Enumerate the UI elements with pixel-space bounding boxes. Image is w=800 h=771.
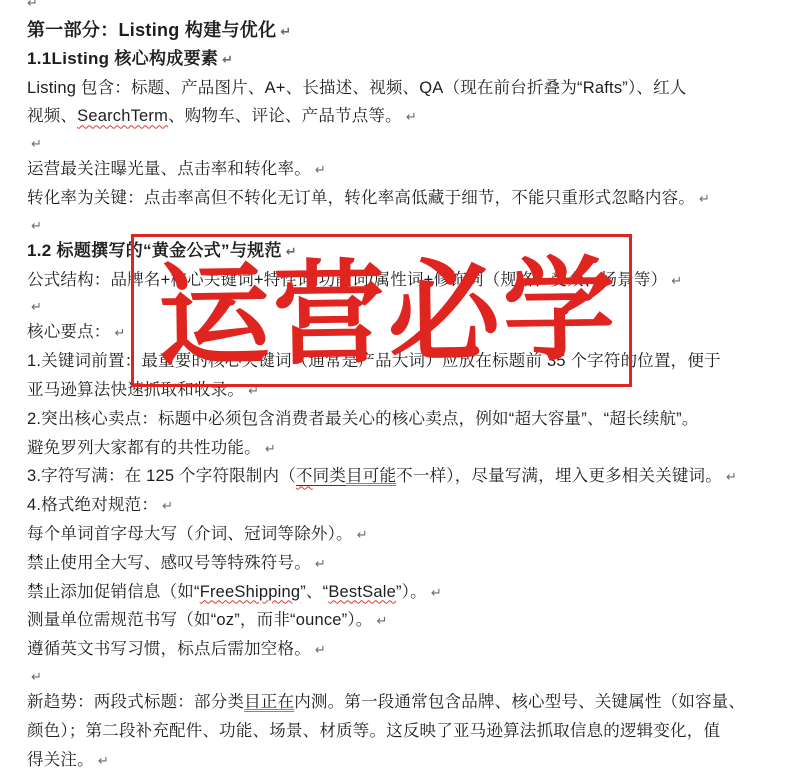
paragraph-mark-icon: ↵ [27, 136, 42, 151]
paragraph-mark-icon: ↵ [261, 441, 276, 456]
paragraph-mark-icon: ↵ [27, 0, 38, 10]
paragraph-mark-icon: ↵ [402, 109, 417, 124]
text-run: 避免罗列大家都有的共性功能。 [27, 439, 261, 457]
text-line: Listing 包含：标题、产品图片、A+、长描述、视频、QA（现在前台折叠为“… [27, 74, 790, 103]
text-line: ↵ [27, 0, 790, 16]
text-run: 遵循英文书写习惯，标点后需加空格。 [27, 640, 311, 658]
text-line: ↵ [27, 664, 790, 688]
text-run: 第一部分：Listing 构建与优化 [27, 20, 276, 40]
text-run: 不一样），尽量写满，埋入更多相关关键词。 [396, 467, 722, 485]
paragraph-mark-icon: ↵ [722, 469, 737, 484]
text-run: 不 [296, 467, 313, 486]
text-run: 1.1Listing 核心构成要素 [27, 49, 218, 68]
text-run: 每个单词首字母大写（介词、冠词等除外）。 [27, 525, 353, 543]
text-line: 1.1Listing 核心构成要素↵ [27, 45, 790, 74]
paragraph-mark-icon: ↵ [27, 669, 42, 684]
text-run: 得关注。 [27, 751, 94, 769]
text-line: ↵ [27, 131, 790, 155]
text-line: 3.字符写满：在 125 个字符限制内（不同类目可能不一样），尽量写满，埋入更多… [27, 462, 790, 491]
text-run: 禁止使用全大写、感叹号等特殊符号。 [27, 554, 311, 572]
text-run: 运营最关注曝光量、点击率和转化率。 [27, 160, 311, 178]
document-screenshot: { "colors": { "background": "#ffffff", "… [0, 0, 800, 771]
text-run: ”）。 [396, 583, 427, 601]
text-run: 内测。第一段通常包含品牌、核心型号、关键属性（如容量、 [294, 693, 745, 711]
text-line: 新趋势：两段式标题：部分类目正在内测。第一段通常包含品牌、核心型号、关键属性（如… [27, 688, 790, 717]
text-line: 4.格式绝对规范：↵ [27, 491, 790, 520]
paragraph-mark-icon: ↵ [353, 527, 368, 542]
text-run: 3.字符写满：在 125 个字符限制内（ [27, 467, 296, 485]
text-line: 第一部分：Listing 构建与优化↵ [27, 16, 790, 45]
text-line: 运营最关注曝光量、点击率和转化率。↵ [27, 155, 790, 184]
paragraph-mark-icon: ↵ [94, 753, 109, 768]
text-run: 新趋势：两段式标题：部分类 [27, 693, 244, 711]
paragraph-mark-icon: ↵ [27, 299, 42, 314]
text-line: 转化率为关键：点击率高但不转化无订单，转化率高低藏于细节，不能只重形式忽略内容。… [27, 184, 790, 213]
text-run: 核心要点： [27, 323, 111, 341]
text-line: 遵循英文书写习惯，标点后需加空格。↵ [27, 635, 790, 664]
text-run: 同类 [313, 467, 346, 486]
paragraph-mark-icon: ↵ [373, 613, 388, 628]
text-line: 视频、SearchTerm、购物车、评论、产品节点等。↵ [27, 102, 790, 131]
paragraph-mark-icon: ↵ [276, 24, 291, 39]
text-run: ”、“ [300, 583, 328, 601]
text-line: 颜色）；第二段补充配件、功能、场景、材质等。这反映了亚马逊算法抓取信息的逻辑变化… [27, 717, 790, 746]
text-run: 2.突出核心卖点：标题中必须包含消费者最关心的核心卖点，例如“超大容量”、“超长… [27, 410, 699, 428]
paragraph-mark-icon: ↵ [158, 498, 173, 513]
paragraph-mark-icon: ↵ [27, 218, 42, 233]
paragraph-mark-icon: ↵ [695, 191, 710, 206]
text-line: 禁止添加促销信息（如“FreeShipping”、“BestSale”）。↵ [27, 578, 790, 607]
paragraph-mark-icon: ↵ [218, 52, 233, 67]
paragraph-mark-icon: ↵ [427, 585, 442, 600]
paragraph-mark-icon: ↵ [311, 556, 326, 571]
text-run: 、购物车、评论、产品节点等。 [168, 107, 402, 125]
text-line: 禁止使用全大写、感叹号等特殊符号。↵ [27, 549, 790, 578]
text-run: BestSale [328, 583, 396, 601]
paragraph-mark-icon: ↵ [111, 325, 126, 340]
text-run: 目正在 [244, 693, 294, 711]
text-run: 目可能 [346, 467, 396, 485]
text-run: 禁止添加促销信息（如“ [27, 583, 200, 601]
text-run: 测量单位需规范书写（如“oz”，而非“ounce”）。 [27, 611, 373, 629]
text-line: 测量单位需规范书写（如“oz”，而非“ounce”）。↵ [27, 606, 790, 635]
text-run: 视频、 [27, 107, 77, 125]
paragraph-mark-icon: ↵ [667, 273, 682, 288]
text-run: 转化率为关键：点击率高但不转化无订单，转化率高低藏于细节，不能只重形式忽略内容。 [27, 189, 695, 207]
text-run: SearchTerm [77, 107, 168, 125]
text-run: 颜色）；第二段补充配件、功能、场景、材质等。这反映了亚马逊算法抓取信息的逻辑变化… [27, 722, 720, 740]
text-line: 2.突出核心卖点：标题中必须包含消费者最关心的核心卖点，例如“超大容量”、“超长… [27, 405, 790, 434]
paragraph-mark-icon: ↵ [311, 162, 326, 177]
watermark-text: 运营必学 [141, 255, 635, 374]
paragraph-mark-icon: ↵ [311, 642, 326, 657]
text-line: 每个单词首字母大写（介词、冠词等除外）。↵ [27, 520, 790, 549]
text-run: FreeShipping [200, 583, 301, 601]
text-run: 4.格式绝对规范： [27, 496, 158, 514]
text-line: 避免罗列大家都有的共性功能。↵ [27, 434, 790, 463]
text-run: Listing 包含：标题、产品图片、A+、长描述、视频、QA（现在前台折叠为“… [27, 79, 687, 97]
document-page: ↵第一部分：Listing 构建与优化↵1.1Listing 核心构成要素↵Li… [0, 0, 800, 771]
text-line: 得关注。↵ [27, 746, 790, 771]
